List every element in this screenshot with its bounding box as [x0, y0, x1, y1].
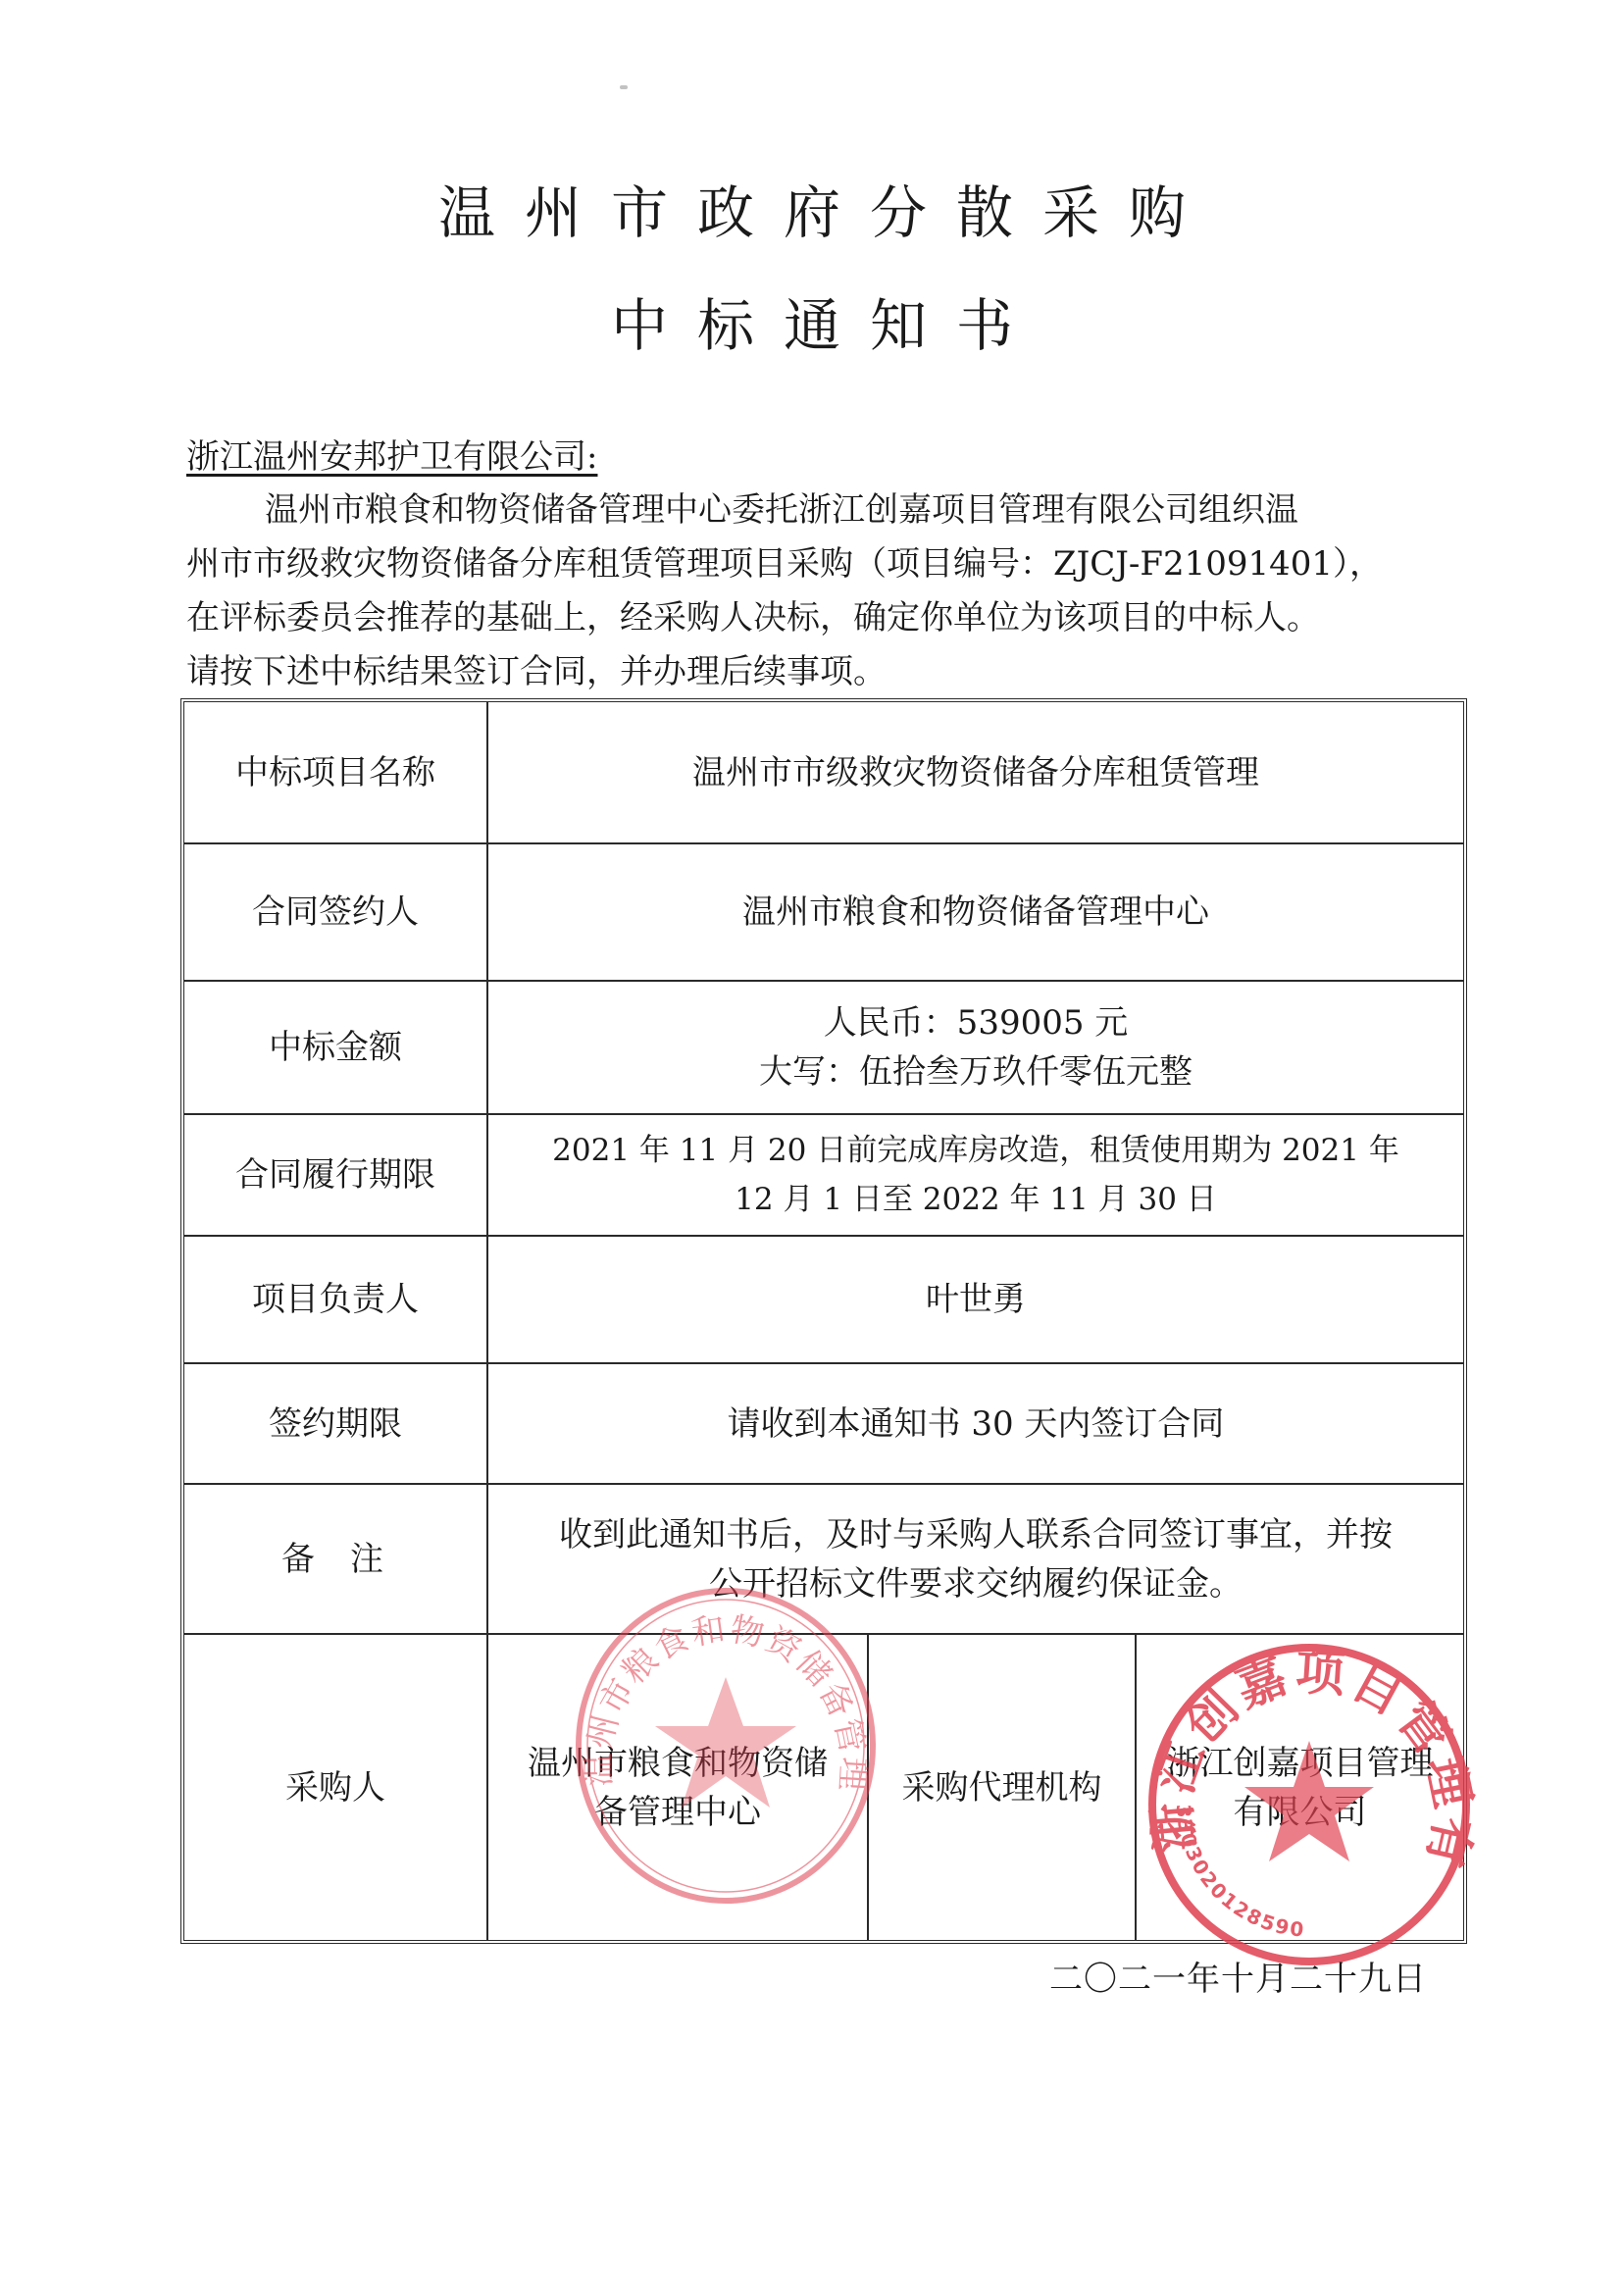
addressee: 浙江温州安邦护卫有限公司: — [186, 430, 597, 478]
table-row-performance-period: 合同履行期限 2021 年 11 月 20 日前完成库房改造，租赁使用期为 20… — [184, 1115, 1463, 1237]
agency-name-line: 有限公司 — [1234, 1788, 1367, 1837]
table-row-project-name: 中标项目名称 温州市市级救灾物资储备分库租赁管理 — [184, 702, 1463, 844]
row-label: 中标金额 — [184, 982, 488, 1113]
value-line: 温州市市级救灾物资储备分库租赁管理 — [692, 748, 1259, 797]
value-line: 12 月 1 日至 2022 年 11 月 30 日 — [735, 1175, 1217, 1224]
row-label: 项目负责人 — [184, 1237, 488, 1362]
row-value: 温州市市级救灾物资储备分库租赁管理 — [488, 702, 1463, 842]
row-value: 叶世勇 — [488, 1237, 1463, 1362]
value-line: 请收到本通知书 30 天内签订合同 — [728, 1400, 1225, 1449]
value-line: 收到此通知书后，及时与采购人联系合同签订事宜，并按 — [559, 1510, 1393, 1559]
document-title-line1: 温州市政府分散采购 — [0, 167, 1624, 249]
award-details-table: 中标项目名称 温州市市级救灾物资储备分库租赁管理 合同签约人 温州市粮食和物资储… — [180, 698, 1467, 1944]
body-line: 温州市粮食和物资储备管理中心委托浙江创嘉项目管理有限公司组织温 — [186, 484, 1461, 537]
table-row-signing-deadline: 签约期限 请收到本通知书 30 天内签订合同 — [184, 1364, 1463, 1485]
row-value: 收到此通知书后，及时与采购人联系合同签订事宜，并按 公开招标文件要求交纳履约保证… — [488, 1485, 1463, 1633]
value-line: 温州市粮食和物资储备管理中心 — [742, 888, 1209, 937]
table-row-award-amount: 中标金额 人民币：539005 元 大写：伍拾叁万玖仟零伍元整 — [184, 982, 1463, 1115]
table-row-remarks: 备注 收到此通知书后，及时与采购人联系合同签订事宜，并按 公开招标文件要求交纳履… — [184, 1485, 1463, 1635]
purchaser-label: 采购人 — [184, 1635, 488, 1940]
notice-body: 温州市粮食和物资储备管理中心委托浙江创嘉项目管理有限公司组织温 州市市级救灾物资… — [186, 484, 1461, 699]
value-line: 叶世勇 — [926, 1275, 1026, 1324]
agency-name: 浙江创嘉项目管理 有限公司 — [1137, 1635, 1463, 1940]
row-value: 人民币：539005 元 大写：伍拾叁万玖仟零伍元整 — [488, 982, 1463, 1113]
issue-date: 二〇二一年十月二十九日 — [1049, 1952, 1427, 2000]
body-line: 州市市级救灾物资储备分库租赁管理项目采购（项目编号：ZJCJ-F21091401… — [186, 537, 1461, 591]
purchaser-name-line: 温州市粮食和物资储 — [528, 1739, 828, 1788]
value-line: 大写：伍拾叁万玖仟零伍元整 — [759, 1047, 1193, 1096]
purchaser-name-line: 备管理中心 — [594, 1788, 761, 1837]
table-row-signatures: 采购人 温州市粮食和物资储 备管理中心 采购代理机构 浙江创嘉项目管理 有限公司 — [184, 1635, 1463, 1940]
row-label: 合同签约人 — [184, 844, 488, 980]
table-row-contract-signer: 合同签约人 温州市粮食和物资储备管理中心 — [184, 844, 1463, 982]
row-value: 2021 年 11 月 20 日前完成库房改造，租赁使用期为 2021 年 12… — [488, 1115, 1463, 1235]
value-line: 公开招标文件要求交纳履约保证金。 — [709, 1559, 1243, 1608]
row-label: 合同履行期限 — [184, 1115, 488, 1235]
body-line: 在评标委员会推荐的基础上，经采购人决标，确定你单位为该项目的中标人。 — [186, 591, 1461, 645]
row-label: 中标项目名称 — [184, 702, 488, 842]
document-title-line2: 中标通知书 — [0, 280, 1624, 362]
body-line: 请按下述中标结果签订合同，并办理后续事项。 — [186, 645, 1461, 699]
row-value: 温州市粮食和物资储备管理中心 — [488, 844, 1463, 980]
agency-name-line: 浙江创嘉项目管理 — [1167, 1739, 1434, 1788]
agency-label: 采购代理机构 — [869, 1635, 1137, 1940]
scan-speck — [620, 85, 628, 89]
table-row-project-lead: 项目负责人 叶世勇 — [184, 1237, 1463, 1364]
row-value: 请收到本通知书 30 天内签订合同 — [488, 1364, 1463, 1483]
purchaser-name: 温州市粮食和物资储 备管理中心 — [488, 1635, 869, 1940]
row-label: 签约期限 — [184, 1364, 488, 1483]
row-label: 备注 — [184, 1485, 488, 1633]
value-line: 人民币：539005 元 — [824, 998, 1129, 1047]
value-line: 2021 年 11 月 20 日前完成库房改造，租赁使用期为 2021 年 — [552, 1126, 1399, 1175]
